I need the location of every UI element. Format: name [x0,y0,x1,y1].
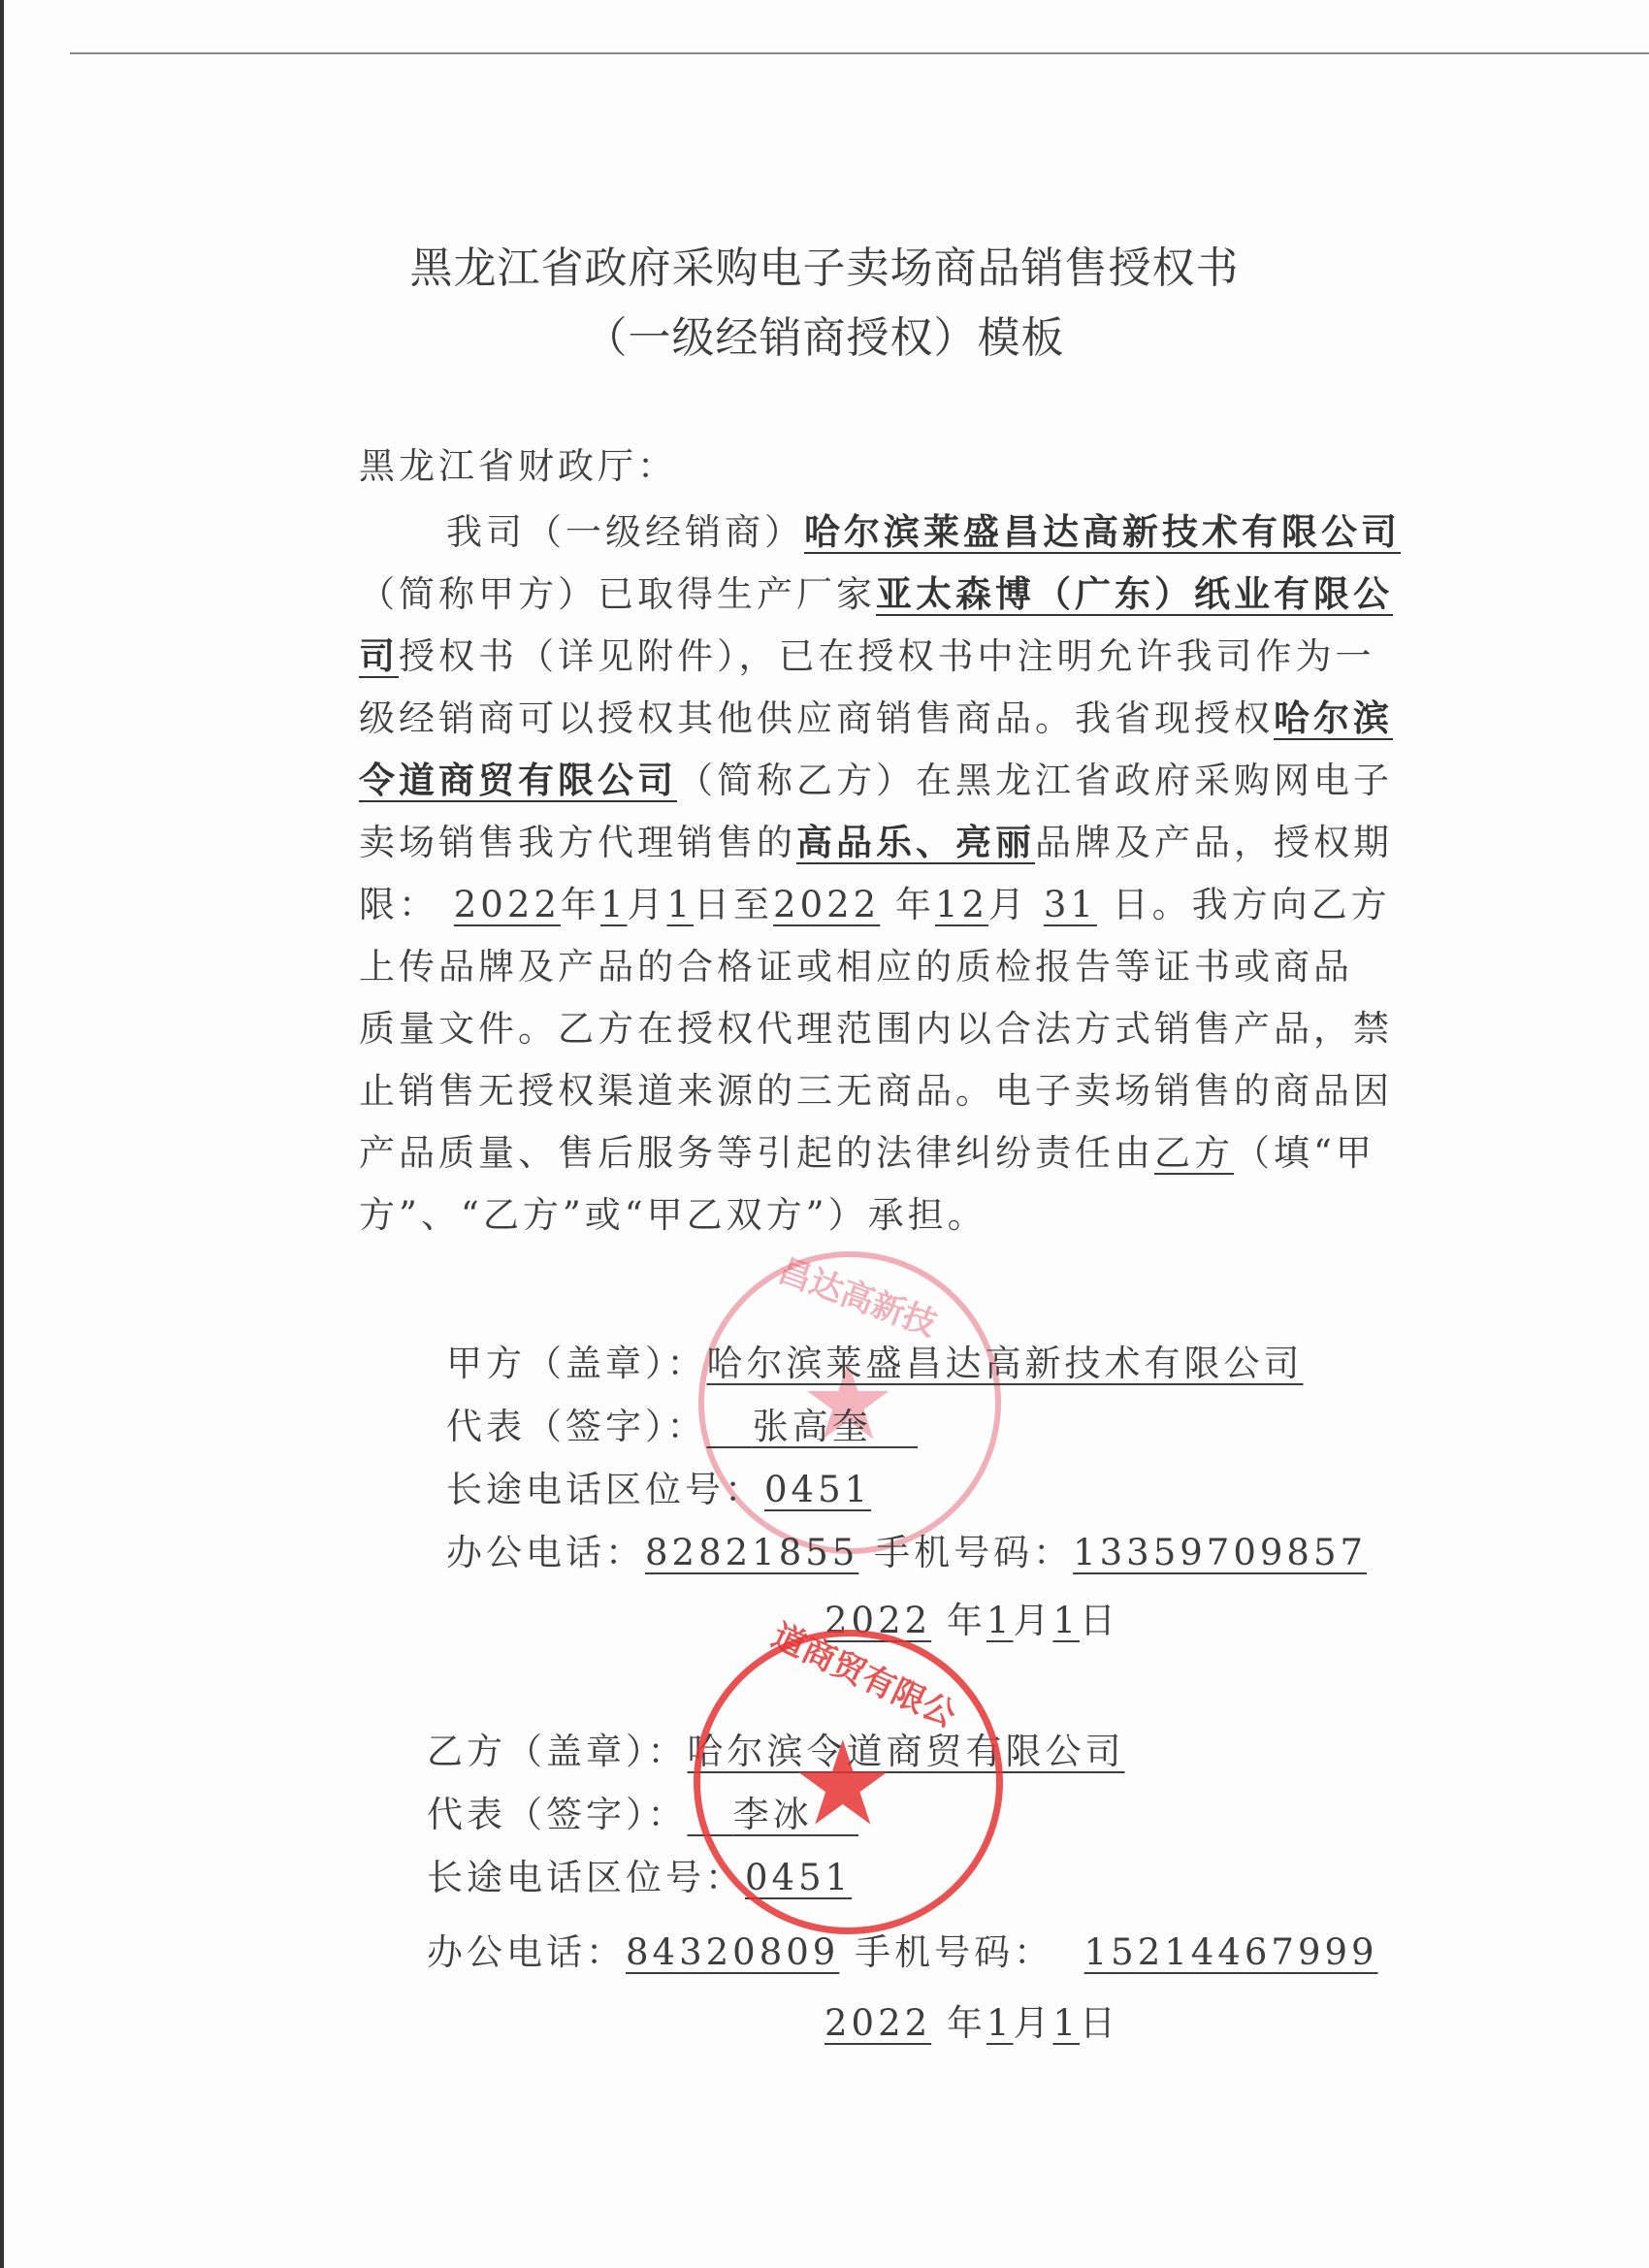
body-line-11: 产品质量、售后服务等引起的法律纠纷责任由乙方（填“甲 [359,1123,1375,1176]
document-subtitle: （一级经销商授权）模板 [0,303,1649,365]
brand-names: 高品乐、亮丽 [796,821,1035,863]
unit: 日 [694,884,733,925]
party-a-phone-row: 办公电话：82821855 手机号码：13359709857 [446,1523,1367,1575]
month: 1 [986,1600,1014,1641]
party-b-mobile: 15214467999 [1084,1931,1378,1973]
text: 限： [359,884,438,925]
label: 手机号码： [855,1931,1053,1973]
party-b-phone-row: 办公电话：84320809 手机号码： 15214467999 [427,1923,1378,1975]
label: 长途电话区位号： [427,1857,745,1898]
manufacturer-name: 亚太森博（广东）纸业有限公 [876,572,1393,615]
text: 级经销商可以授权其他供应商销售商品。我省现授权 [359,697,1274,739]
body-line-12: 方”、“乙方”或“甲乙双方”）承担。 [359,1185,987,1238]
party-a-seal-row: 甲方（盖章）：哈尔滨莱盛昌达高新技术有限公司 [446,1334,1304,1386]
body-line-3: 司授权书（详见附件），已在授权书中注明允许我司作为一 [359,627,1375,679]
party-b-seal-star-icon: ★ [791,1727,895,1843]
party-a-area-code: 0451 [764,1469,871,1510]
party-a-company: 哈尔滨莱盛昌达高新技术有限公司 [707,1343,1304,1384]
body-line-10: 止销售无授权渠道来源的三无商品。电子卖场销售的商品因 [359,1061,1393,1114]
body-line-8: 上传品牌及产品的合格证或相应的质检报告等证书或商品 [359,937,1353,989]
unit: 日 [1080,2002,1119,2044]
unit: 至 [733,884,773,925]
party-a-mobile: 13359709857 [1073,1532,1367,1573]
body-line-2: （简称甲方）已取得生产厂家亚太森博（广东）纸业有限公 [359,565,1393,617]
end-day: 31 [1044,884,1097,925]
unit: 月 [988,884,1028,925]
text: 产品质量、售后服务等引起的法律纠纷责任由 [359,1132,1154,1174]
text: 品牌及产品，授权期 [1035,822,1393,863]
label: 甲方（盖章）： [446,1343,707,1384]
company-a-name: 哈尔滨莱盛昌达高新技术有限公司 [804,510,1401,553]
label: 长途电话区位号： [446,1469,764,1510]
body-line-7-auth-period: 限： 2022年1月1日至2022 年12月 31 日。我方向乙方 [359,875,1391,927]
start-year: 2022 [454,884,561,925]
unit: 日 [1080,1600,1119,1641]
end-month: 12 [935,884,988,925]
liable-party: 乙方 [1154,1132,1234,1174]
manufacturer-name-end: 司 [359,634,399,677]
salutation: 黑龙江省财政厅： [359,437,677,489]
end-year: 2022 [773,884,880,925]
company-b-name-part2: 令道商贸有限公司 [359,759,677,801]
text: （填“甲 [1234,1132,1375,1174]
company-b-name-part1: 哈尔滨 [1274,697,1393,739]
text: 日。我方向乙方 [1113,884,1391,925]
unit: 年 [561,884,600,925]
body-line-9: 质量文件。乙方在授权代理范围内以合法方式销售产品，禁 [359,999,1393,1052]
text: 我司（一级经销商） [446,511,804,553]
party-b-office-phone: 84320809 [626,1931,839,1973]
label: 代表（签字）： [427,1794,688,1835]
signature-text: 张高奎 [753,1406,872,1447]
label: 手机号码： [874,1532,1073,1573]
top-rule-line [70,52,1649,54]
label: 办公电话： [446,1532,645,1573]
start-month: 1 [600,884,628,925]
text: （简称乙方）在黑龙江省政府采购网电子 [677,760,1393,801]
party-a-office-phone: 82821855 [645,1532,858,1573]
body-line-4: 级经销商可以授权其他供应商销售商品。我省现授权哈尔滨 [359,689,1393,741]
unit: 月 [1013,1600,1052,1641]
label: 办公电话： [427,1931,626,1973]
text: 卖场销售我方代理销售的 [359,822,796,863]
unit: 年 [895,884,935,925]
unit: 年 [947,2002,986,2044]
month: 1 [986,2002,1014,2044]
day: 1 [1052,2002,1080,2044]
text: （简称甲方）已取得生产厂家 [359,573,876,615]
document-title: 黑龙江省政府采购电子卖场商品销售授权书 [0,233,1649,295]
body-line-6: 卖场销售我方代理销售的高品乐、亮丽品牌及产品，授权期 [359,813,1393,865]
year: 2022 [824,2002,931,2044]
label: 代表（签字）： [446,1406,707,1447]
unit: 年 [947,1600,986,1641]
body-line-5: 令道商贸有限公司（简称乙方）在黑龙江省政府采购网电子 [359,751,1393,803]
party-b-date: 2022 年1月1日 [824,1993,1119,2046]
party-a-rep-row: 代表（签字）： 张高奎 [446,1397,918,1449]
party-a-area-row: 长途电话区位号：0451 [446,1460,871,1512]
start-day: 1 [666,884,694,925]
party-a-signature: 张高奎 [707,1406,919,1447]
day: 1 [1052,1600,1080,1641]
unit: 月 [1013,2002,1052,2044]
text: 授权书（详见附件），已在授权书中注明允许我司作为一 [399,635,1375,677]
label: 乙方（盖章）： [427,1731,688,1772]
body-line-1: 我司（一级经销商）哈尔滨莱盛昌达高新技术有限公司 [446,502,1401,555]
unit: 月 [627,884,666,925]
